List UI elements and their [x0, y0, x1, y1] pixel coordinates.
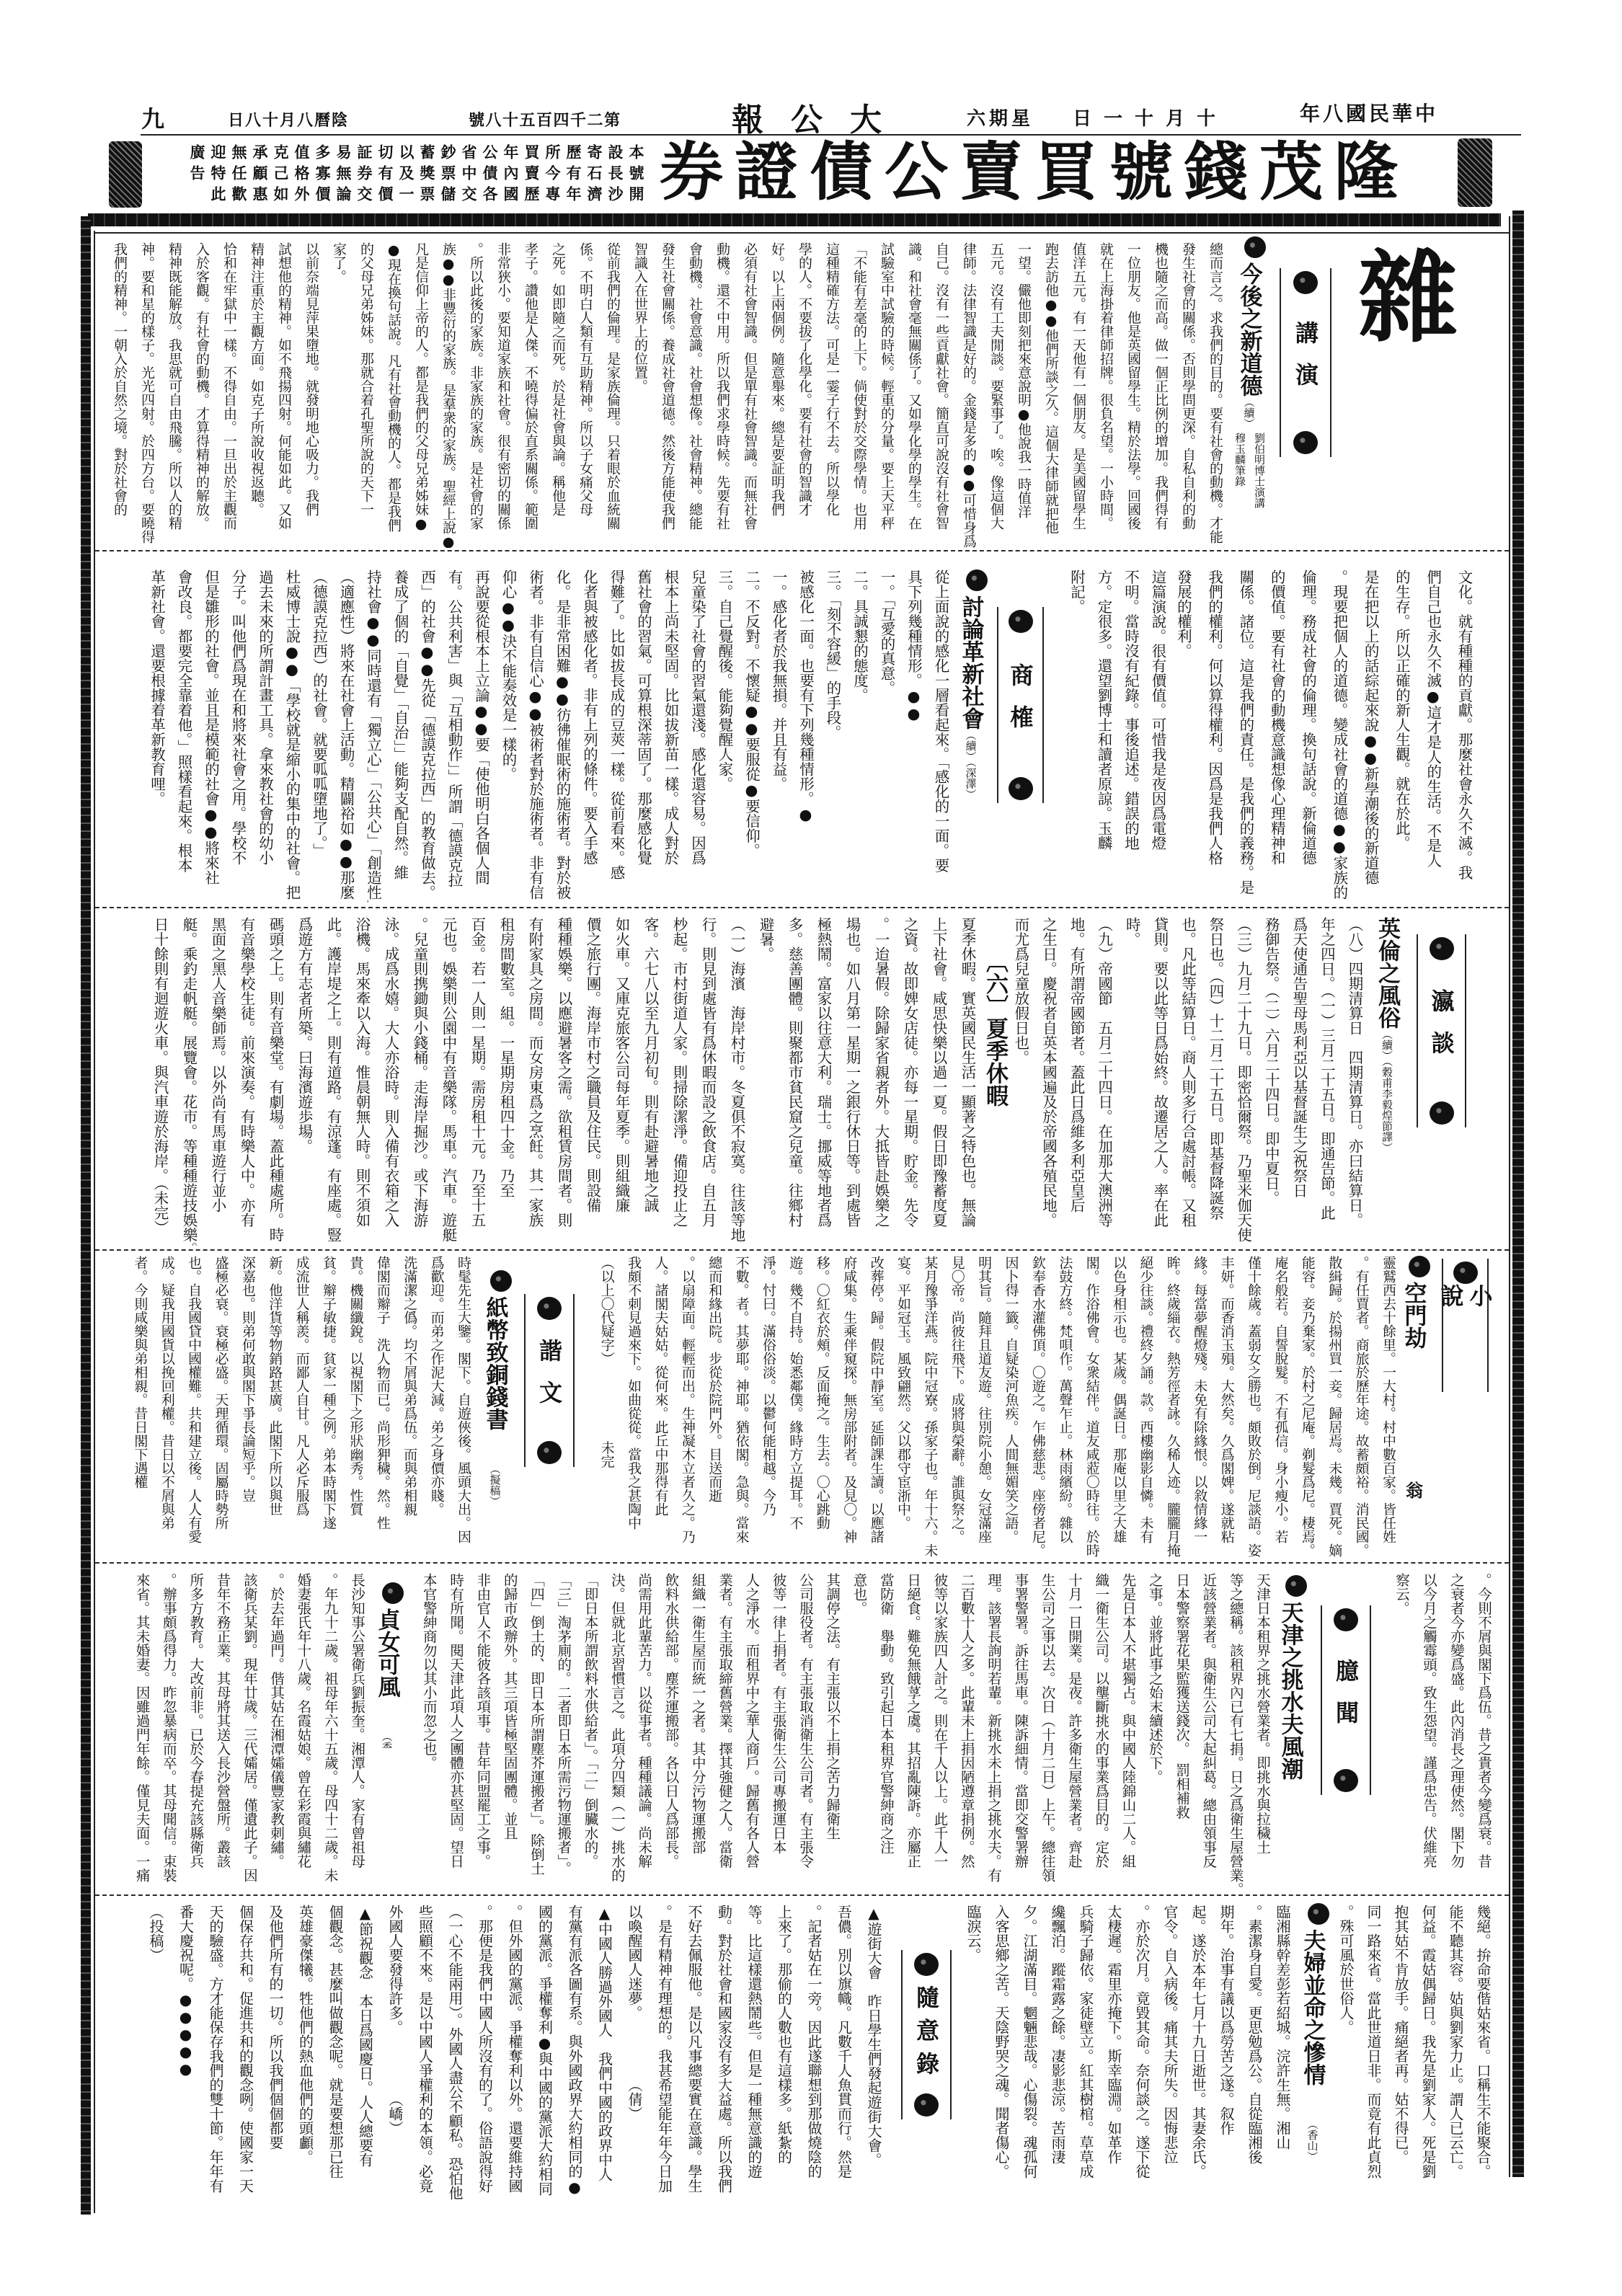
- text-column: 臨淚云。: [959, 1905, 987, 2207]
- text-column: 。是有精神有理想的。我甚希望能年年今日加: [649, 1905, 679, 2207]
- text-column: 遊。幾不自持。始悉鄰僕。緣時方立提耳。不: [781, 1256, 808, 1557]
- text-column: 年之四日。（一）三月二十五日。即通告節。此: [1313, 917, 1341, 1246]
- ornament-icon: [1334, 1769, 1358, 1792]
- text-column: 。年九十二歲。祖母年六十五歲。母四十二歲。未: [316, 1573, 343, 1890]
- gregorian-date: 十月十一日: [1073, 104, 1228, 130]
- text-column: 官令。自入病後。痛其夫所失。因悔悲泣: [1156, 1905, 1184, 2207]
- text-column: 。亦於次月。竟毀其命。奈何談之。遂下從: [1127, 1905, 1156, 2207]
- text-column: （以上〇代疑字） 未完: [593, 1256, 619, 1557]
- article-title-text: 討論革新社會: [958, 595, 984, 730]
- text-column: 泳。成爲水嬉。大人亦浴時。則入備有衣箱之入: [376, 917, 405, 1246]
- article-title-text: 貞女可風: [375, 1608, 400, 1698]
- text-column: 得難了。比如拔長成的豆莢一樣。從前看來。感: [603, 569, 630, 903]
- text-column: 也。自我國貸中國權難。共和建立後。人人有愛: [180, 1256, 207, 1557]
- text-column: （八）四期清算日 四期清算日。亦曰結算日。: [1340, 917, 1368, 1246]
- text-column: 宴。平如冠玉。風致翩然。父以郡守宦浙中。: [890, 1256, 916, 1557]
- text-column: 等之總稱。該租界內已有七捐。日之爲衛生屋營業。: [1222, 1573, 1249, 1890]
- text-column: 以喚醒國人迷夢。 （倩）: [619, 1905, 650, 2207]
- text-column: 「三」淘茅廁的。二者即日本所需污物運搬者」。: [550, 1573, 577, 1890]
- heading-marker-icon: [382, 1582, 404, 1604]
- text-column: （一心不能兩用）。外國人盡公不顧私。恐怕他: [440, 1905, 470, 2207]
- text-column: 有。公共利害」與「互相動作」」所謂「德謨克拉: [440, 569, 468, 903]
- article-body-tianjin: 天津日本租界之挑水營業者。即挑水與拉穢土等之總稱。該租界內已有七捐。日之爲衛生屋…: [415, 1573, 1276, 1890]
- text-column: 欽奉香水灌佛頂。〇遊之。乍佛慈悲。座傍者尼。: [1024, 1256, 1051, 1557]
- text-column: 彼等一律上捐者。有主張衛生公司專搬運日本: [765, 1573, 792, 1890]
- text-column: 場也。如八月第一星期一之銀行休日等。到處皆: [838, 917, 867, 1246]
- text-column: 精神注重於主觀方面。如克子所說收視返聽。: [243, 242, 270, 548]
- tier-divider: [95, 907, 1509, 908]
- text-column: 發生社會關係。養成社會道德。然後方能使我們: [654, 242, 681, 548]
- text-column: 等。比這樣還熱鬧些。但是一種無意識的遊: [739, 1905, 769, 2207]
- text-column: 飲料水供給部。塵芥運搬部。各以日人爲部長。: [657, 1573, 684, 1890]
- text-column: 我們的權利。何以算得權利。因爲是我們人格: [1198, 569, 1229, 903]
- text-column: 所多方教育。大改前非。已於今春提充該縣衛兵: [182, 1573, 209, 1890]
- article-title-novel: 空門劫: [1400, 1256, 1430, 1378]
- text-column: 孝子。讚他是人傑。不曉得偏於直系關係。範圍: [517, 242, 544, 548]
- text-column: 自己。沒有一些貢獻社會。簡直可說沒有社會智: [928, 242, 955, 548]
- text-column: 時。: [1118, 917, 1146, 1246]
- article-title-chaste-woman: 貞女可風（香山）: [375, 1582, 404, 1748]
- text-column: 必須有社會智識。但是單有社會智識。而無社會: [736, 242, 763, 548]
- tier-divider: [95, 1249, 1509, 1251]
- text-column: 。那便是我們中國人所沒有的了。俗語說得好: [469, 1905, 500, 2207]
- text-column: ▲節祝觀念 本日爲國慶日。人人總要有: [350, 1905, 380, 2207]
- text-column: 同一路來省。當此世道日非。而竟有此貞烈: [1360, 1905, 1387, 2207]
- article-body-customs-summer: 夏季休暇。實英國民生活一顯著之特色也。無論上下社會。咸思快樂以過一夏。假日即豫蓄…: [146, 917, 982, 1246]
- text-column: 以今月之觸霉頭。致生怨望。謹爲忠告。伏維亮: [1415, 1573, 1442, 1890]
- category-label-text: 諧文: [535, 1339, 564, 1422]
- text-column: 學的人。不要拔了化學化。要有社會的智識才: [791, 242, 818, 548]
- text-column: 貸則。要以此等日爲始終。故遷居之人。率在此: [1145, 917, 1174, 1246]
- text-column: 國的黨派。爭權奪利●與中國的黨派大約相同: [529, 1905, 559, 2207]
- category-label-novel: 小說: [1442, 1259, 1489, 1392]
- text-column: 二百數十人之多。此輩未上捐因陋遵章捐例。然: [953, 1573, 980, 1890]
- category-label-text: 講演: [1291, 321, 1320, 404]
- text-column: （投稿）: [141, 1905, 170, 2207]
- weekday: 星期六: [967, 104, 1034, 130]
- text-column: 神。要和星的樣子。光光四射。於四方台。要曉得: [133, 242, 161, 548]
- continued-mark: （續）: [965, 730, 978, 762]
- text-column: 過去未來的所謂計畫工具。拿來教社會的幼小: [251, 569, 278, 903]
- article-body-satire: 時髦先生大鑒。閣下。自遊俠後。風頭大出。因爲歡迎。而弟之作泥大減。弟之身價亦賤。…: [126, 1256, 477, 1557]
- text-column: 會動機。社會意識。社會想像。社會精神。總能: [681, 242, 709, 548]
- article-title-text: 天津之挑水夫風潮: [1278, 1601, 1303, 1780]
- text-column: 二。不反對。不懷疑●●要服從●要信仰。: [737, 569, 765, 903]
- text-column: 丰妍。而香消玉殞。大然矣。久爲閣婢。遂就粘: [1213, 1256, 1239, 1557]
- category-label-text: 瀛談: [1427, 989, 1456, 1073]
- text-column: 族●●非豐衍的家族。是羣衆的家族。聖經上說●: [435, 242, 462, 548]
- article-title-text: 夫婦並命之慘情: [1300, 1929, 1326, 2086]
- text-column: 婚妻張氏年十八歲。名霞姑娘。曾在彩霞與繡花: [290, 1573, 316, 1890]
- text-column: 恰和在牢獄中一樣。不得自由。一旦出於主觀而: [216, 242, 243, 548]
- text-column: 西」的社會●●先從「德謨克拉西」的教育做去。: [413, 569, 440, 903]
- heading-marker-icon: [490, 1270, 512, 1292]
- text-column: 外國人要發得許多。 （嶠）: [380, 1905, 410, 2207]
- text-column: 舊社會的習氣。可算根深蒂固了。那麼感化覺: [629, 569, 657, 903]
- article-body-chaste-woman: 長沙知事公署衛兵劉振奎。湘潭人。家有曾祖母。年九十二歲。祖母年六十五歲。母四十二…: [128, 1573, 371, 1890]
- text-column: 時有所聞。閱天津此項人之團體亦甚堅固。望日: [443, 1573, 469, 1890]
- text-column: 術者。非有自信心●●被術者對於施術者。非有信: [521, 569, 549, 903]
- ornament-icon: [1458, 138, 1492, 207]
- issue-number: 第二千四百五十八號: [469, 108, 621, 130]
- text-column: 非由官人不能彼各該項事。昔年同盟罷工之事。: [469, 1573, 496, 1890]
- text-column: 一望。儼他即刻把來意說明●他說我一時值洋: [1010, 242, 1037, 548]
- text-column: 租房間數室。組。一星期房租四十金。乃至: [492, 917, 520, 1246]
- republic-year: 中華民國八年: [1300, 98, 1438, 127]
- tier-divider: [95, 1562, 1509, 1564]
- category-label-lecture: 講演: [1280, 268, 1331, 457]
- continued-mark: （續）: [1381, 1029, 1393, 1061]
- text-column: 也。凡此等結算日。商人則多行合處討帳。又租: [1174, 917, 1202, 1246]
- masthead-title: 大公報: [732, 94, 909, 140]
- text-column: 此。護岸堤之上。則有道路。有涼蓬。有座處。豎: [319, 917, 347, 1246]
- text-column: 文化。就有種種的貢獻。那麼社會永久不滅。我: [1448, 569, 1479, 903]
- article-body-lecture: 總而言之。求我們的目的。要有社會的動機。才能發生社會的關係。否則學問更深。自私自…: [106, 242, 1229, 548]
- text-column: 總而言之。求我們的目的。要有社會的動機。才能: [1202, 242, 1229, 548]
- article-title-tianjin: 天津之挑水夫風潮: [1278, 1575, 1307, 1806]
- text-column: 散緝歸。於揚州買一妾。歸居焉。未幾。賈死。嫡不: [1321, 1256, 1347, 1557]
- text-column: 深嘉也。則弟何敢與閣下爭長論短乎。豈: [234, 1256, 260, 1557]
- text-column: 兒童染了社會的習氣還淺。感化還容易。因爲: [683, 569, 711, 903]
- text-column: 本官警紳商勿以其小而忽之也。: [416, 1573, 443, 1890]
- text-column: 而尤爲兒童放假日也。: [1006, 917, 1034, 1246]
- text-column: 。現要把個人的道德。變成社會的道德●●家族的: [1324, 569, 1355, 903]
- text-column: 識。和社會毫無關係了。又如學化學的學生。在: [900, 242, 928, 548]
- right-inner-rule: [1509, 216, 1510, 2177]
- tier-divider: [95, 1894, 1509, 1896]
- text-column: 元也。娛樂則公園中有音樂隊。馬車。汽車。遊艇: [434, 917, 463, 1246]
- text-column: 織一衛生公司。以壟斷挑水的事業爲目的。定於: [1088, 1573, 1114, 1890]
- category-label-text: 隨意錄: [912, 1985, 941, 2085]
- article-author: （香山）: [1300, 2119, 1327, 2162]
- text-column: 絕少往談。禮終夕誦。款。西樓幽影自憐。未有: [1132, 1256, 1158, 1557]
- text-column: 個觀念。甚麼叫做觀念呢。就是要想那已往: [320, 1905, 350, 2207]
- text-column: 。記者姑在一旁。因此遂聯想到那做燒陰的: [799, 1905, 829, 2207]
- text-column: 。以扇障面。輕輕而出。生神凝木立者久之。乃: [673, 1256, 700, 1557]
- ornament-icon: [1009, 777, 1033, 800]
- text-column: 艇。乘釣走帆艇。展覽會。花市。等種種遊技娛樂。每: [174, 917, 203, 1246]
- text-column: 好。以上兩個例。隨意舉來。總是要証明我們: [763, 242, 791, 548]
- ornament-icon: [1430, 1102, 1454, 1125]
- text-column: 以色身相示也。某歲。偶誕日。那庵以里之大雄: [1105, 1256, 1132, 1557]
- continued-mark: （續）: [1243, 396, 1256, 429]
- article-title-text: 紙幣致銅錢書: [482, 1296, 508, 1430]
- text-column: 日十餘則有迴遊火車。與汽車遊於海岸。（未完）: [146, 917, 174, 1246]
- text-column: 分子。叫他們爲現在和將來社會之用。學校不: [224, 569, 252, 903]
- article-body-couple-tragedy: 臨湘縣幹差彭若紹城。浣許生無。湘山。素潔身自愛。更思勉爲公。自從臨湘後期年。治事…: [959, 1905, 1296, 2207]
- text-column: 上來了。那偷的人數也有這樣多。紙紮的: [768, 1905, 799, 2207]
- text-column: 有黨有派各圖有系。與外國政界大約相同的●: [559, 1905, 590, 2207]
- text-column: 杪起。市村街道人家。則掃除潔淨。備迎投止之: [665, 917, 693, 1246]
- lecture-postscript: 這篇演說。很有價值。可惜我是夜因爲電燈不明。當時沒有紀錄。事後追述。錯誤的地方。…: [1063, 569, 1171, 903]
- text-column: 移。〇紅衣於頰。反面掩之。生去。〇心跳動: [808, 1256, 835, 1557]
- text-column: 見〇帝。尚彼往飛下。成將與榮辭。誰與祭之。: [943, 1256, 970, 1557]
- article-title-text: 英倫之風俗: [1374, 917, 1400, 1029]
- text-column: 養成了個的「自覺」「自治」」能夠支配自然。維: [386, 569, 414, 903]
- text-column: 如火車。又庫克旅客公司每年夏季。則組織廉: [607, 917, 636, 1246]
- text-column: 成。疑我用國貨以挽回利權。昔日以不屑與弟: [153, 1256, 180, 1557]
- text-column: 因卜得一籤。自疑染河魚疾。人間無媚笑之語。: [997, 1256, 1024, 1557]
- text-column: 從前我們的倫理。是家族倫理。只着眼於血統關: [599, 242, 626, 548]
- text-column: 兵騎子歸依。家徒壁立。紅其樹棺。草草成: [1071, 1905, 1099, 2207]
- article-body-novel: 靈鷲西去十餘里。一大村。村中數百家。皆任姓。有任賈者。商旅於歷年途。故蓄頗裕。消…: [593, 1256, 1401, 1557]
- text-column: 五元。沒有工夫閒談。要緊事了。唉。像這個大: [983, 242, 1010, 548]
- text-column: 化。是非常困難●●彷彿催眠術的施術者。對於被: [549, 569, 576, 903]
- text-column: 及他們所有的一切。所以我們個個都要: [260, 1905, 291, 2207]
- text-column: （適應性）將來在社會上活動。精闢裕如●●那麼: [332, 569, 360, 903]
- text-column: 公司服役者。有主張取消衛生公司者。有主張令: [792, 1573, 819, 1890]
- text-column: 浴機。馬來牽以入海。惟晨朝無人時。則不須如: [347, 917, 376, 1246]
- text-column: 動機。還不中用。所以我們求學時候。先要有社: [709, 242, 736, 548]
- text-column: 時髦先生大鑒。閣下。自遊俠後。風頭大出。因: [450, 1256, 477, 1557]
- text-column: 這種精確方法。可是一霎子行不去。所以學化: [818, 242, 846, 548]
- text-column: 的父母兄弟姊妹。那就合着孔聖所說的天下一: [353, 242, 380, 548]
- text-column: 先是日本人不堪獨占。與中國人陸錦山二人。組: [1114, 1573, 1141, 1890]
- text-column: 盛極必衰。衰極必盛。天理循環。固屬時勢所: [207, 1256, 234, 1557]
- text-column: 新。他洋貨等物銷路甚廣。此閣下所以與世: [261, 1256, 288, 1557]
- ornament-icon: [109, 141, 142, 208]
- text-column: 客。六七八以至九月初旬。則有赴避暑地之誠: [636, 917, 665, 1246]
- text-column: 組織一衛生屋而統一之者。其中分污物運搬部: [684, 1573, 711, 1890]
- text-column: 何益。霞姑偶歸日。我先是劉家人。死是劉: [1414, 1905, 1442, 2207]
- text-column: 們自己也永久不滅●這才是人的生活。不是人: [1417, 569, 1448, 903]
- text-column: 近該營業者。與衛生公司大起糾葛。總由領事反: [1195, 1573, 1222, 1890]
- text-column: 決。但就北京習慣言之。此項分四類（一）挑水的: [604, 1573, 631, 1890]
- text-column: 以前奈端見萍果墮地。就發明地心吸力。我們: [298, 242, 325, 548]
- ad-body-text: 本號開設長沙寄石濟歷有年所今專買賣歷年內國公債各省中交鈔票儲蓄獎票以及一切有價証…: [182, 144, 647, 209]
- text-column: 一。「互愛的真意。: [873, 569, 900, 903]
- text-column: 革新社會。還要根據着革新教育哩。: [143, 569, 170, 903]
- article-author: 翁: [1406, 1476, 1423, 1502]
- heading-marker-icon: [966, 569, 988, 591]
- article-byline: 劉伯明博士演講 穆玉麟筆錄: [1228, 433, 1269, 548]
- article-byline: （擬稿）: [482, 1463, 510, 1507]
- text-column: 意也。: [846, 1573, 872, 1890]
- text-column: 者。今則咸樂與弟相親。昔日閣下遇權: [126, 1256, 153, 1557]
- text-column: 方。定很多。還望劉博士和讀者原諒。玉麟: [1090, 569, 1117, 903]
- text-column: 之生日。慶祝者自英本國遍及於帝國各殖民地。: [1034, 917, 1063, 1246]
- ornament-icon: [537, 1297, 562, 1320]
- article-title-couple-tragedy: 夫婦並命之慘情（香山）: [1300, 1903, 1329, 2206]
- text-column: 機也隨之而高。做一個正比例的增加。我們得有: [1147, 242, 1174, 548]
- category-label-satire: 諧文: [524, 1294, 575, 1467]
- article-title-text: 空門劫: [1401, 1282, 1427, 1349]
- text-column: 事署警署。訴往馬車。陳訴細情。當即交警署辦: [1007, 1573, 1034, 1890]
- text-column: 英雄豪傑犧。牲他們的熱血他們的頭顱。: [290, 1905, 320, 2207]
- text-column: 我們的精神。一朝入於自然之境。對於社會的: [106, 242, 133, 548]
- text-column: 凡是信仰上帝的人。都是我們的父母兄弟姊妹●: [407, 242, 435, 548]
- ornament-icon: [1453, 1262, 1478, 1284]
- text-column: 杜威博士說●●「學校就是縮小的集中的社會。把: [278, 569, 306, 903]
- text-column: 行。則見到處皆有爲休暇而設之飲食店。自五月: [693, 917, 722, 1246]
- text-column: 律師。法律智識是好的。金錢是多的●●可惜身爲: [955, 242, 983, 548]
- text-column: 的歸市政辦外。其三項皆極堅固團體。並且: [496, 1573, 523, 1890]
- text-column: 跑去訪他●●他們所談之久。這個大律師就把他: [1037, 242, 1065, 548]
- ornament-icon: [1293, 431, 1318, 454]
- text-column: 二。具誠懇的態度。: [846, 569, 873, 903]
- text-column: （德謨克拉西）的社會。就要呱呱墮地了。」: [305, 569, 332, 903]
- text-column: 但是雛形的社會。並且是模範的社會●●將來社: [197, 569, 224, 903]
- text-column: （九）帝國節 五月二十四日。在加那大澳洲等: [1090, 917, 1118, 1246]
- text-column: 入客思鄉之苦。天陰野哭之魂。聞者傷心。: [987, 1905, 1015, 2207]
- text-column: 日本警察署花果監獲送錢次。 罰相補救: [1169, 1573, 1195, 1890]
- article-body-lecture-continued: 文化。就有種種的貢獻。那麼社會永久不滅。我們自己也永久不滅●這才是人的生活。不是…: [1167, 569, 1479, 903]
- text-column: 動。對於社會和國家沒有多大益處。所以我們: [709, 1905, 739, 2207]
- byline-recorder: 穆玉麟筆錄: [1230, 433, 1249, 548]
- text-column: 期年。治事有議以爲勞苦之遂。叙作: [1212, 1905, 1240, 2207]
- text-column: 昔年不務正業。其母將其送入長沙營盤所。叢該: [209, 1573, 236, 1890]
- text-column: 臨湘縣幹差彭若紹城。浣許生無。湘山: [1268, 1905, 1296, 2207]
- text-column: 閣。作浴佛會。女衆結伴。道友咸蒞〇時往。於時: [1078, 1256, 1104, 1557]
- text-column: 爲遊方有志者所築。曰海濱遊歩場。: [290, 917, 319, 1246]
- text-column: 纔飄泊。蹤霜露之餘。凄影悲涼。苦雨淒: [1043, 1905, 1071, 2207]
- text-column: 試驗室中試驗的時候。輕重的分量。要上天平秤: [873, 242, 900, 548]
- heading-marker-icon: [1308, 1903, 1329, 1925]
- text-column: 。一迨暑假。除歸家省親者外。大抵皆赴娛樂之: [867, 917, 895, 1246]
- text-column: 係。不明白人類有互助精神。所以子女痛父母: [572, 242, 599, 548]
- text-column: 種種娛樂。以應避暑客之需。欲租賃房間者。則: [549, 917, 578, 1246]
- text-column: 不好去佩服他。是以凡事總要實在意識。學生: [679, 1905, 709, 2207]
- ornament-icon: [914, 1953, 939, 1976]
- text-column: 察云。: [1388, 1573, 1415, 1890]
- text-column: 倫理。務成社會的倫理。換句話說。新倫道德: [1292, 569, 1323, 903]
- text-column: 能不聽其容。姑與劉家力止。謂人已云亡。: [1442, 1905, 1469, 2207]
- lunar-date: 陰曆八月十八日: [228, 108, 349, 130]
- text-column: 些照顧不來。是以中國人爭權利的本領。必竟: [409, 1905, 440, 2207]
- text-column: 關係。諸位。這是我們的責任。是我們的義務。是: [1230, 569, 1261, 903]
- text-column: 眸。終歲緇衣。熱芳徑者詠。久稀人迹。朧朧月掩: [1158, 1256, 1185, 1557]
- heading-marker-icon: [1409, 1256, 1430, 1277]
- article-author: （香山）: [375, 1731, 402, 1748]
- text-column: （一）海濱 海岸村市。冬夏俱不寂寞。往該等地: [722, 917, 751, 1246]
- ornament-icon: [1334, 1608, 1358, 1631]
- text-column: ▲遊街大會 昨日學生們發起遊街大會。: [859, 1905, 889, 2207]
- category-label-text: 臆聞: [1331, 1659, 1360, 1742]
- ornament-icon: [1293, 271, 1318, 294]
- text-column: 抱其姑不肯放手。痛絕者再。姑不得已。: [1387, 1905, 1414, 2207]
- text-column: 被感化一面。也要有下列幾種情形。●: [792, 569, 819, 903]
- text-column: 具下列幾種情形。●●: [900, 569, 927, 903]
- text-column: 生公司之事以去。次日（十月二日）上午。總往領: [1034, 1573, 1060, 1890]
- text-column: 這篇演說。很有價值。可惜我是夜因爲電燈: [1144, 569, 1171, 903]
- top-frame-rule: [95, 232, 1509, 234]
- ad-headline: 隆茂錢號買賣公債證券: [660, 137, 1409, 206]
- article-subheading: 〔六〕夏季休暇: [980, 950, 1009, 1109]
- article-title-discussion: 討論革新社會（續）（深澤）: [956, 569, 988, 901]
- text-column: 。但外國的黨派。爭權奪利以外。還要維持國: [500, 1905, 530, 2207]
- text-column: 我頗不刺見過來下。如曲從從。當我之甚陶中: [620, 1256, 647, 1557]
- text-column: 。於去年過門。偕其姑在湘潭孀儀豐家教刺繡。: [263, 1573, 290, 1890]
- text-column: 家了。: [325, 242, 353, 548]
- text-column: 試想他的精神。如不飛揚四射。何能如此。又如: [270, 242, 298, 548]
- text-column: 天津日本租界之挑水營業者。即挑水與拉穢土: [1249, 1573, 1276, 1890]
- text-column: 淨。忖曰。滿俗俗淡。以鬱何能相越。今乃: [755, 1256, 781, 1557]
- text-column: 之死。如即隨之而死。於是社會與論。稱他是: [544, 242, 572, 548]
- text-column: 。素潔身自愛。更思勉爲公。自從臨湘後: [1240, 1905, 1268, 2207]
- text-column: 發生社會的關係。否則學問更深。自私自利的動: [1174, 242, 1202, 548]
- text-column: 人。諸閣夫姑姑。從何來。此丘中那得有此: [647, 1256, 673, 1557]
- text-column: 日絕食。難免無餓莩之虞。其招亂陳訴。亦屬正: [900, 1573, 926, 1890]
- text-column: 彼等以家族四人計之。則在千人以上。此千人一: [926, 1573, 953, 1890]
- byline-speaker: 劉伯明博士演講: [1249, 433, 1269, 548]
- text-column: 一。感化者於我無損。并且有益。: [765, 569, 792, 903]
- ornament-icon: [1430, 937, 1454, 960]
- page-number: 九: [141, 101, 164, 134]
- text-column: 總而和緣出院。步從於院門外。目送而逝: [701, 1256, 727, 1557]
- text-column: 黑面之黑人音樂師焉。以外尚有馬車遊行並小: [203, 917, 232, 1246]
- text-column: 來省。其未婚妻。因雖過門年餘。僅見夫面。一痛: [128, 1573, 155, 1890]
- article-author: （深澤）: [965, 762, 978, 800]
- article-body-satire-continued: 。今則不屑與閣下爲伍。昔之貴者今變爲衰。昔之衰者今亦變爲盛。此內消長之理使然。閣…: [1388, 1573, 1497, 1890]
- text-column: 精神既能解放。我思就可自由飛騰。所以人的精: [161, 242, 188, 548]
- article-title-text: 今後之新道德: [1236, 262, 1262, 396]
- text-column: 之事。並將此事之始末續述於下。: [1142, 1573, 1169, 1890]
- text-column: 業者。有主張取締舊營業。擇其強健之人。當衛: [712, 1573, 738, 1890]
- article-title-satire: 紙幣致銅錢書（擬稿）: [482, 1270, 512, 1559]
- text-column: 價之旅行團。海岸市村之職員及住民。則設備: [578, 917, 607, 1246]
- category-label-overseas: 瀛談: [1417, 934, 1466, 1127]
- text-column: 靈鷲西去十餘里。一大村。村中數百家。皆任姓: [1375, 1256, 1401, 1557]
- text-column: 入於客觀。有社會的動機。才算得精神的解放。: [188, 242, 216, 548]
- text-column: 。今則不屑與閣下爲伍。昔之貴者今變爲衰。昔: [1470, 1573, 1497, 1890]
- text-column: 避暑。: [751, 917, 780, 1246]
- text-column: 府咸集。生乘伴窺探。無房部附者。及見〇。神: [836, 1256, 862, 1557]
- text-column: 值洋五元。有一天他有一個朋友。是美國留學生: [1065, 242, 1092, 548]
- text-column: 僅十餘歲。蓋弱女之勝也。頗敗於倒。尼談語。姿致: [1240, 1256, 1267, 1557]
- article-body-customs: （八）四期清算日 四期清算日。亦曰結算日。年之四日。（一）三月二十五日。即通告節…: [1006, 917, 1368, 1246]
- text-column: 多。慈善團體。則聚都市貧民窟之兒童。往鄉村: [780, 917, 809, 1246]
- text-column: 有音樂學校生徒。前來演奏。有時樂人中。亦有: [232, 917, 261, 1246]
- category-label-rumors: 臆聞: [1321, 1605, 1371, 1795]
- text-column: 不數。者。其夢耶。神耶。猶依閣。急與。當來: [727, 1256, 754, 1557]
- article-title-lecture: 今後之新道德（續）: [1234, 236, 1266, 431]
- text-column: 洗滿潔之僞。均不屑與弟爲伍。而與弟相親: [396, 1256, 422, 1557]
- text-column: 極熱鬧。富家以往意大利。瑞士。挪威等地者爲: [809, 917, 838, 1246]
- text-column: 「不能有差毫的上下。倘使對於交際學情。也用: [846, 242, 873, 548]
- text-column: 不明。當時沒有紀錄。事後追述。錯誤的地: [1117, 569, 1144, 903]
- top-frame-bar: [88, 213, 1501, 226]
- text-column: 三。「刻不容緩」的手段。: [819, 569, 846, 903]
- category-label-text: 小說: [1437, 1284, 1494, 1366]
- article-title-customs: 英倫之風俗（續）（穀甫李毅煌節譯）: [1370, 917, 1401, 1243]
- text-column: 夏季休暇。實英國民生活一顯著之特色也。無論: [953, 917, 982, 1246]
- article-body-discussion: 從上面說的感化一層看起來。「感化的一面。要具下列幾種情形。●●一。「互愛的真意。…: [143, 569, 954, 903]
- text-column: 太棲遲。霜里亦掩下。斯幸臨淵。如革作: [1099, 1905, 1127, 2207]
- text-column: 智識入在世界上的位置。: [626, 242, 654, 548]
- text-column: 根本上尚未堅固。比如拔新苗一樣。成人對於: [657, 569, 684, 903]
- text-column: 某月豫爭洋燕。院中冠寮。孫家子也。年十六。未: [916, 1256, 943, 1557]
- text-column: （三）九月二十九日。即密恰爾祭。乃聖米伽天使: [1229, 917, 1257, 1246]
- text-column: 。有任賈者。商旅於歷年途。故蓄頗裕。消民國。: [1347, 1256, 1374, 1557]
- tier-divider: [95, 550, 1509, 551]
- text-column: 「四」倒土的、即日本所謂塵芥運搬者」。除倒土: [523, 1573, 550, 1890]
- category-label-discussion: 商榷: [997, 607, 1044, 803]
- text-column: 法鼓方終。梵唄作。萬聲乍止。林雨繽紛。雜以: [1051, 1256, 1078, 1557]
- article-body-random-notes: ▲遊街大會 昨日學生們發起遊街大會。吾儂。別以旗幟。凡數千人魚貫而行。然是。記者…: [141, 1905, 888, 2207]
- text-column: 當防衛 舉動。致引起日本租界官警紳商之注: [873, 1573, 900, 1890]
- text-column: 附記。: [1063, 569, 1090, 903]
- text-column: 。兒童則携鋤與小錢桶。走海岸掘沙。或下海游: [405, 917, 434, 1246]
- text-column: 番大慶祝呢。●●●●●: [170, 1905, 200, 2207]
- text-column: 發展的權利。: [1167, 569, 1198, 903]
- text-column: 。辦事頗爲得力。昨忽暴病而卒。其母聞信。束裝: [156, 1573, 182, 1890]
- text-column: 從上面說的感化一層看起來。「感化的一面。要: [927, 569, 954, 903]
- category-label-random-notes: 隨意錄: [901, 1950, 952, 2119]
- category-label-text: 商榷: [1006, 663, 1035, 747]
- ornament-icon: [537, 1441, 562, 1464]
- text-column: 改葬停。歸。假院中靜室。延師課生讀。以應諸: [862, 1256, 889, 1557]
- heading-marker-icon: [1244, 236, 1266, 258]
